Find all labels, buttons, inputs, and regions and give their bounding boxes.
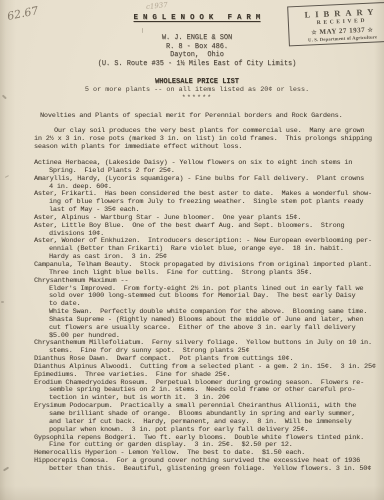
pencil-edge-mark xyxy=(142,28,143,33)
intro-line: Novelties and Plants of special merit fo… xyxy=(0,112,384,120)
address-route: (U. S. Route #35 - 1½ Miles East of City… xyxy=(10,60,384,69)
pencil-edge-mark xyxy=(1,301,4,303)
text-line: sold over 1000 long-stemmed cut blooms f… xyxy=(34,293,378,301)
address-city: Dayton, Ohio xyxy=(10,51,384,60)
star-icon: ☆ xyxy=(311,30,317,36)
text-line: season with plants for immediate effect … xyxy=(34,144,378,152)
scanned-price-list-page: 62.67 c1937 LIBRARY RECEIVED ☆ MAY 27 19… xyxy=(0,0,384,500)
separator-asterisks: ****** xyxy=(0,95,384,102)
text-line: better than this. Beautiful, glistening … xyxy=(34,466,378,474)
stamp-date: MAY 27 1937 xyxy=(319,25,365,35)
star-icon: ☆ xyxy=(367,27,373,33)
library-received-stamp: LIBRARY RECEIVED ☆ MAY 27 1937 ☆ U. S. D… xyxy=(287,2,384,47)
soil-note-paragraph: Our clay soil produces the very best pla… xyxy=(0,128,384,152)
catalog-list: Actinea Herbacea, (Lakeside Daisy) - Yel… xyxy=(0,160,384,474)
